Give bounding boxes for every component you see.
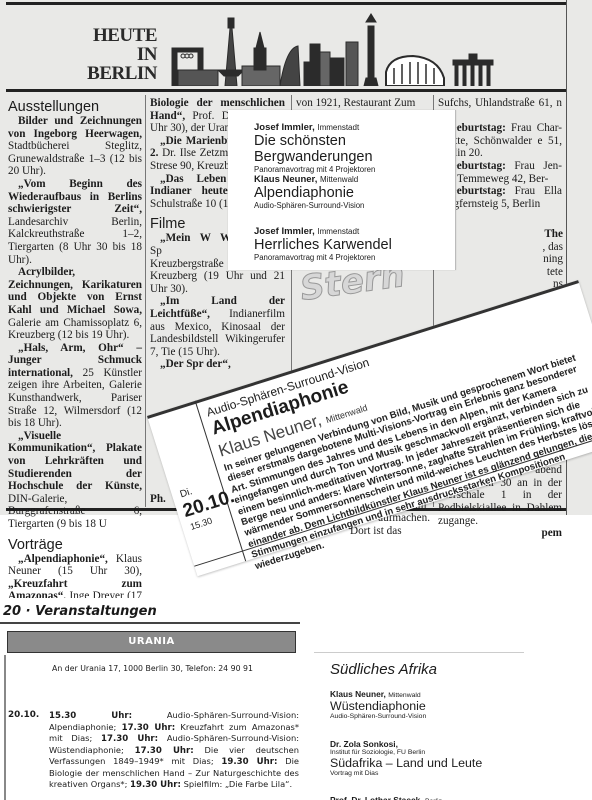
speaker-name: Prof. Dr. Lothar Staeck, xyxy=(330,795,423,800)
section-heading-lectures: Vorträge xyxy=(8,537,142,553)
speaker: Klaus Neuner, Mittenwald xyxy=(330,689,426,699)
program-text: Spielfilm: „Die Farbe Lila“. xyxy=(181,779,292,789)
program-time: 17.30 Uhr: xyxy=(122,723,176,733)
item-text: Sufchs, Uhlandstraße 61, n 31. xyxy=(438,97,562,122)
item-title: Geburtstag: xyxy=(448,185,506,197)
masthead-line: HEUTE xyxy=(75,26,157,45)
article-item: Geburtstag: Frau Char- Klette, Schönwald… xyxy=(438,122,562,160)
column-birthdays: Sufchs, Uhlandstraße 61, n 31. Geburtsta… xyxy=(438,97,562,210)
article-item: „Hals, Arm, Ohr“ – Junger Schmuck intern… xyxy=(8,342,142,430)
berlin-skyline-icon xyxy=(168,8,498,86)
program-time: 19.30 Uhr: xyxy=(130,780,181,790)
venue-address: An der Urania 17, 1000 Berlin 30, Telefo… xyxy=(0,664,305,673)
lecture-entry: Dr. Zola Sonkosi, Institut für Soziologi… xyxy=(330,739,482,777)
speaker-place: Mittenwald xyxy=(388,692,421,699)
item-title: Acrylbilder, Zeichnungen, Karikaturen un… xyxy=(8,266,142,316)
item-title: Geburtstag: xyxy=(448,122,506,134)
item-title: „Alpendiaphonie“, xyxy=(18,553,108,565)
afrika-lecture-card: Südliches Afrika Klaus Neuner, Mittenwal… xyxy=(314,652,524,800)
article-item: Sufchs, Uhlandstraße 61, n 31. xyxy=(438,97,562,122)
speaker-place: Immenstadt xyxy=(317,227,359,236)
column-3-top: von 1921, Restaurant Zum xyxy=(296,97,426,110)
column-exhibitions: Ausstellungen Bilder und Zeichnungen von… xyxy=(8,97,142,679)
item-text: Landesarchiv Berlin, Kalckreuthstraße 1–… xyxy=(8,216,142,266)
article-item: „Im Land der Leichtfüße“, Indianerfilm a… xyxy=(150,295,285,358)
speaker-place: Mittenwald xyxy=(320,175,358,184)
article-item: Geburtstag: Frau Ella Jungfernsteig 5, B… xyxy=(438,185,562,210)
lecture-title: Alpendiaphonie xyxy=(254,185,364,201)
lecture-entry: Josef Immler, Immenstadt Die schönsten B… xyxy=(254,122,455,174)
lecture-entry: Klaus Neuner, Mittenwald Alpendiaphonie … xyxy=(254,174,364,210)
speaker-name: Klaus Neuner, xyxy=(254,174,317,185)
speaker-name: Klaus Neuner, xyxy=(330,689,386,699)
venue-banner: URANIA xyxy=(7,631,296,653)
lecture-subtitle: Panoramavortrag mit 4 Projektoren xyxy=(254,165,455,174)
speaker: Josef Immler, Immenstadt xyxy=(254,122,455,133)
lecture-subtitle: Panoramavortrag mit 4 Projektoren xyxy=(254,253,392,262)
lecture-subtitle: Audio-Sphären-Surround-Vision xyxy=(254,201,364,210)
speaker: Josef Immler, Immenstadt xyxy=(254,226,392,237)
lecture-title: Südafrika – Land und Leute xyxy=(330,756,482,770)
text-fragment: tete xyxy=(505,266,563,279)
program-time: 15.30 Uhr: xyxy=(49,711,132,721)
item-title: „Vom Beginn des Wiederaufbaus in Berlins… xyxy=(8,178,142,215)
rule xyxy=(0,622,300,624)
program-time: 19.30 Uhr: xyxy=(221,757,277,767)
lecture-entry: Prof. Dr. Lothar Staeck, Berlin xyxy=(330,795,442,800)
program-list: 15.30 Uhr: Audio-Sphären-Surround-Vision… xyxy=(49,710,299,790)
program-time: 17.30 Uhr: xyxy=(101,734,158,744)
text-fragment: , das xyxy=(505,241,563,254)
masthead-title: HEUTE IN BERLIN xyxy=(75,26,157,83)
article-item: Acrylbilder, Zeichnungen, Karikaturen un… xyxy=(8,266,142,342)
lecture-entry: Josef Immler, Immenstadt Herrliches Karw… xyxy=(254,226,392,262)
lecture-entry: Klaus Neuner, Mittenwald Wüstendiaphonie… xyxy=(330,689,426,720)
lecture-title: Wüstendiaphonie xyxy=(330,699,426,713)
speaker-institute: Institut für Soziologie, FU Berlin xyxy=(330,749,482,756)
speaker-name: Josef Immler, xyxy=(254,226,315,237)
card-heading: Südliches Afrika xyxy=(330,661,437,678)
speaker: Prof. Dr. Lothar Staeck, Berlin xyxy=(330,795,442,800)
program-date: 20.10. xyxy=(8,710,39,720)
divider xyxy=(145,95,146,507)
author-initials: pem xyxy=(541,527,562,539)
lecture-subtitle: Audio-Sphären-Surround-Vision xyxy=(330,713,426,720)
item-text: DIN-Galerie, Burggrafenstraße 6, Tiergar… xyxy=(8,493,142,530)
item-title: Geburtstag: xyxy=(448,160,506,172)
speaker: Klaus Neuner, Mittenwald xyxy=(254,174,364,185)
speaker-place: Immenstadt xyxy=(317,123,359,132)
item-text: von 1921, Restaurant Zum xyxy=(296,97,415,109)
section-heading-exhibitions: Ausstellungen xyxy=(8,99,142,115)
speaker-name: Dr. Zola Sonkosi, xyxy=(330,739,482,749)
lecture-title: Die schönsten Bergwanderungen xyxy=(254,133,455,165)
urania-program-clipping: 20 · Veranstaltungen URANIA An der Urani… xyxy=(0,598,305,800)
masthead-line: IN xyxy=(75,45,157,64)
masthead-line: BERLIN xyxy=(75,64,157,83)
rule xyxy=(6,2,566,5)
item-text: Galerie am Chamissoplatz 6, Kreuzberg (1… xyxy=(8,317,142,342)
item-title: „Der Spr der“, xyxy=(160,358,231,370)
item-text: Stadtbücherei Steglitz, Grunewaldstraße … xyxy=(8,140,142,177)
lecture-title: Herrliches Karwendel xyxy=(254,237,392,253)
lecture-card: Josef Immler, Immenstadt Die schönsten B… xyxy=(228,110,456,270)
item-title: „Visuelle Kommunikation“, Plakate von Le… xyxy=(8,430,142,492)
section-heading: 20 · Veranstaltungen xyxy=(3,604,157,619)
lecture-subtitle: Vortrag mit Dias xyxy=(330,770,482,777)
divider xyxy=(4,655,6,800)
text-fragment: Ph. xyxy=(150,493,166,505)
item-title: Bilder und Zeichnungen von Ingeborg Heer… xyxy=(8,115,142,140)
article-item: „Visuelle Kommunikation“, Plakate von Le… xyxy=(8,430,142,531)
article-item: „Vom Beginn des Wiederaufbaus in Berlins… xyxy=(8,178,142,266)
article-item: Bilder und Zeichnungen von Ingeborg Heer… xyxy=(8,115,142,178)
article-item: Geburtstag: Frau Jen- ich, Temmeweg 42, … xyxy=(438,160,562,185)
article-item: „Der Spr der“, xyxy=(150,358,285,371)
text-fragment: ning xyxy=(505,253,563,266)
speaker-name: Josef Immler, xyxy=(254,122,315,133)
program-time: 17.30 Uhr: xyxy=(135,746,194,756)
text-fragment: The xyxy=(544,228,563,240)
rule xyxy=(6,89,566,92)
